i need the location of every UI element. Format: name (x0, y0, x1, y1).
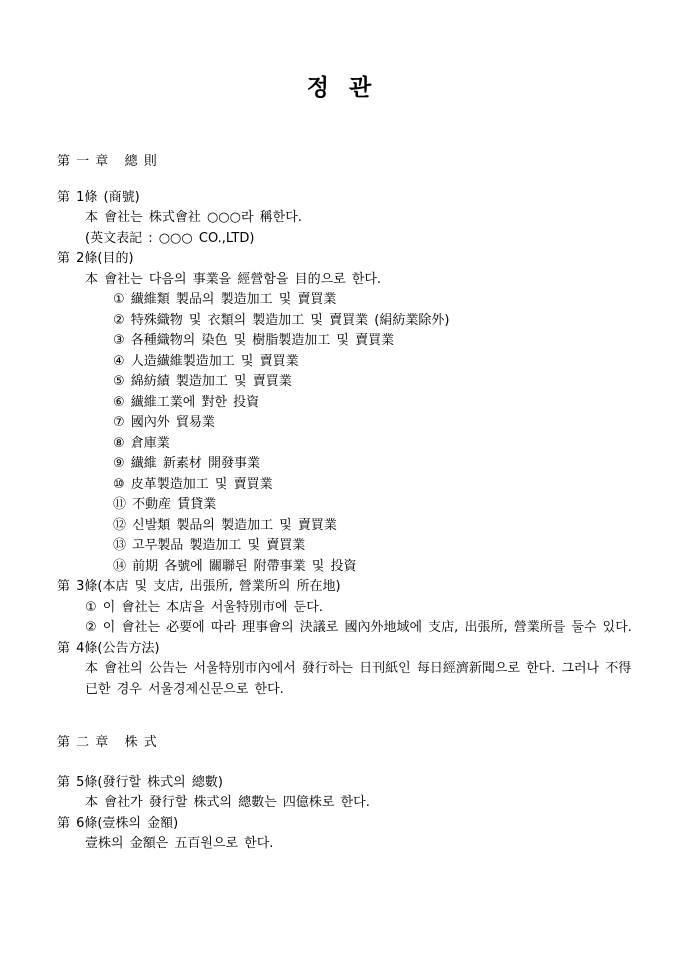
article-1-body-line-1: 本 會社는 株式會社 ○○○라 稱한다. (85, 208, 680, 229)
article-2-item-14: ⑭ 前期 各號에 關聯된 附帶事業 및 投資 (113, 557, 680, 578)
article-2-item-7: ⑦ 國內外 貿易業 (113, 413, 680, 434)
article-2-item-8: ⑧ 倉庫業 (113, 434, 680, 455)
article-5-body: 本 會社가 發行할 株式의 總數는 四億株로 한다. (85, 793, 680, 814)
chapter-2-heading: 第 二 章 株 式 (57, 733, 680, 754)
article-2-item-1: ① 纎維類 製品의 製造加工 및 賣買業 (113, 290, 680, 311)
article-2-item-4: ④ 人造纎維製造加工 및 賣買業 (113, 352, 680, 373)
article-2-item-3: ③ 各種織物의 染色 및 樹脂製造加工 및 賣買業 (113, 331, 680, 352)
article-2-item-10: ⑩ 皮革製造加工 및 賣買業 (113, 475, 680, 496)
article-2-item-11: ⑪ 不動産 賃貸業 (113, 495, 680, 516)
article-4-body: 本 會社의 公告는 서울特別市內에서 發行하는 日刊紙인 每日經濟新聞으로 한다… (85, 659, 641, 700)
article-1-body-line-2: (英文表記 : ○○○ CO.,LTD) (85, 229, 680, 250)
article-3-heading: 第 3條(本店 및 支店, 出張所, 營業所의 所在地) (57, 577, 680, 598)
article-2-heading: 第 2條(目的) (57, 249, 680, 270)
article-4-heading: 第 4條(公告方法) (57, 639, 680, 660)
article-3-item-2: ② 이 會社는 必要에 따라 理事會의 決議로 國內外地域에 支店, 出張所, … (85, 618, 680, 639)
article-2-intro: 本 會社는 다음의 事業을 經營함을 目的으로 한다. (85, 270, 680, 291)
document-page: 정 관 第 一 章 總 則 第 1條 (商號) 本 會社는 株式會社 ○○○라 … (0, 0, 680, 962)
article-3-item-1: ① 이 會社는 本店을 서울特別市에 둔다. (85, 598, 680, 619)
article-2-item-5: ⑤ 綿紡績 製造加工 및 賣買業 (113, 372, 680, 393)
chapter-1-heading: 第 一 章 總 則 (57, 152, 680, 173)
article-2-item-2: ② 特殊織物 및 衣類의 製造加工 및 賣買業 (絹紡業除外) (113, 311, 680, 332)
article-1-heading: 第 1條 (商號) (57, 188, 680, 209)
document-title: 정 관 (0, 0, 680, 102)
article-5-heading: 第 5條(發行할 株式의 總數) (57, 773, 680, 794)
article-2-item-12: ⑫ 신발類 製品의 製造加工 및 賣買業 (113, 516, 680, 537)
article-2-item-13: ⑬ 고무製品 製造加工 및 賣買業 (113, 536, 680, 557)
article-2-item-9: ⑨ 纎維 新素材 開發事業 (113, 454, 680, 475)
article-6-heading: 第 6條(壹株의 金額) (57, 814, 680, 835)
article-6-body: 壹株의 金額은 五百원으로 한다. (85, 834, 680, 855)
article-2-item-6: ⑥ 纎維工業에 對한 投資 (113, 393, 680, 414)
